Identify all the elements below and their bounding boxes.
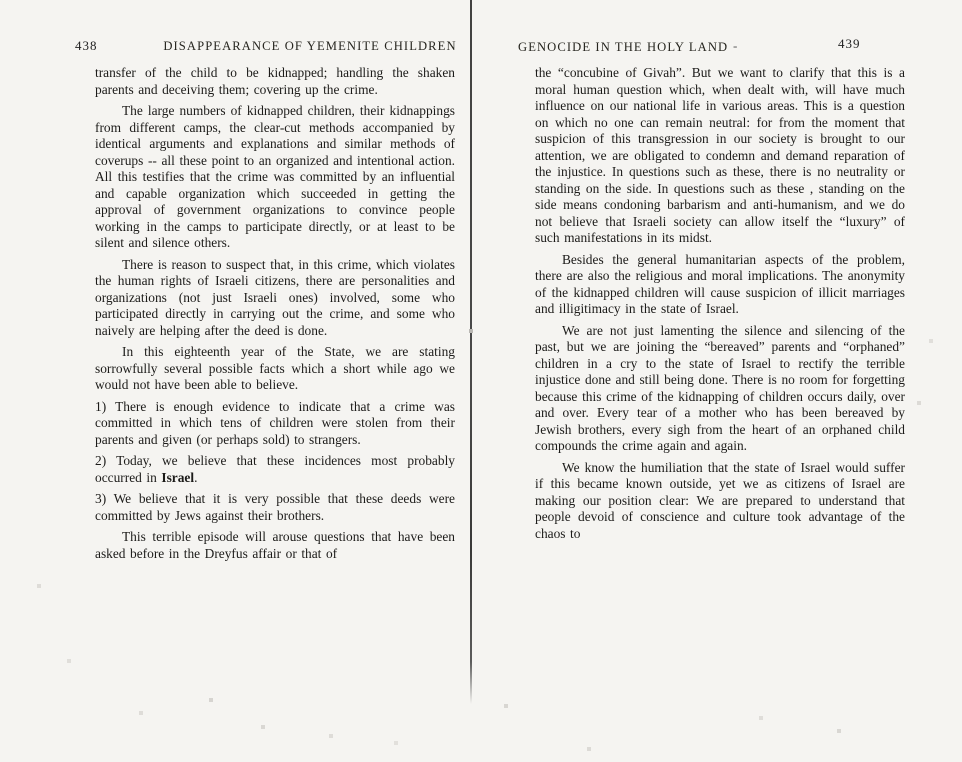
page-gutter-line <box>470 0 472 704</box>
paragraph: We know the humiliation that the state o… <box>535 460 905 543</box>
paragraph: the “concubine of Givah”. But we want to… <box>535 65 905 247</box>
book-scan: 438 DISAPPEARANCE OF YEMENITE CHILDREN t… <box>0 0 962 762</box>
paragraph: The large numbers of kidnapped children,… <box>95 103 455 252</box>
scan-artifact-dash: - <box>733 38 737 54</box>
running-header-left: DISAPPEARANCE OF YEMENITE CHILDREN <box>130 39 490 54</box>
page-body-left: transfer of the child to be kidnapped; h… <box>95 65 455 567</box>
paragraph: 1) There is enough evidence to indicate … <box>95 399 455 449</box>
paragraph: This terrible episode will arouse questi… <box>95 529 455 562</box>
page-number-right: 439 <box>838 36 861 52</box>
paragraph: We are not just lamenting the silence an… <box>535 323 905 455</box>
paragraph: In this eighteenth year of the State, we… <box>95 344 455 394</box>
running-header-right: GENOCIDE IN THE HOLY LAND <box>518 40 728 55</box>
page-number-left: 438 <box>75 38 98 54</box>
page-body-right: the “concubine of Givah”. But we want to… <box>535 65 905 547</box>
paragraph: There is reason to suspect that, in this… <box>95 257 455 340</box>
paragraph: 2) Today, we believe that these incidenc… <box>95 453 455 486</box>
paragraph: transfer of the child to be kidnapped; h… <box>95 65 455 98</box>
scan-noise <box>0 0 2 2</box>
paragraph: Besides the general humanitarian aspects… <box>535 252 905 318</box>
paragraph: 3) We believe that it is very possible t… <box>95 491 455 524</box>
